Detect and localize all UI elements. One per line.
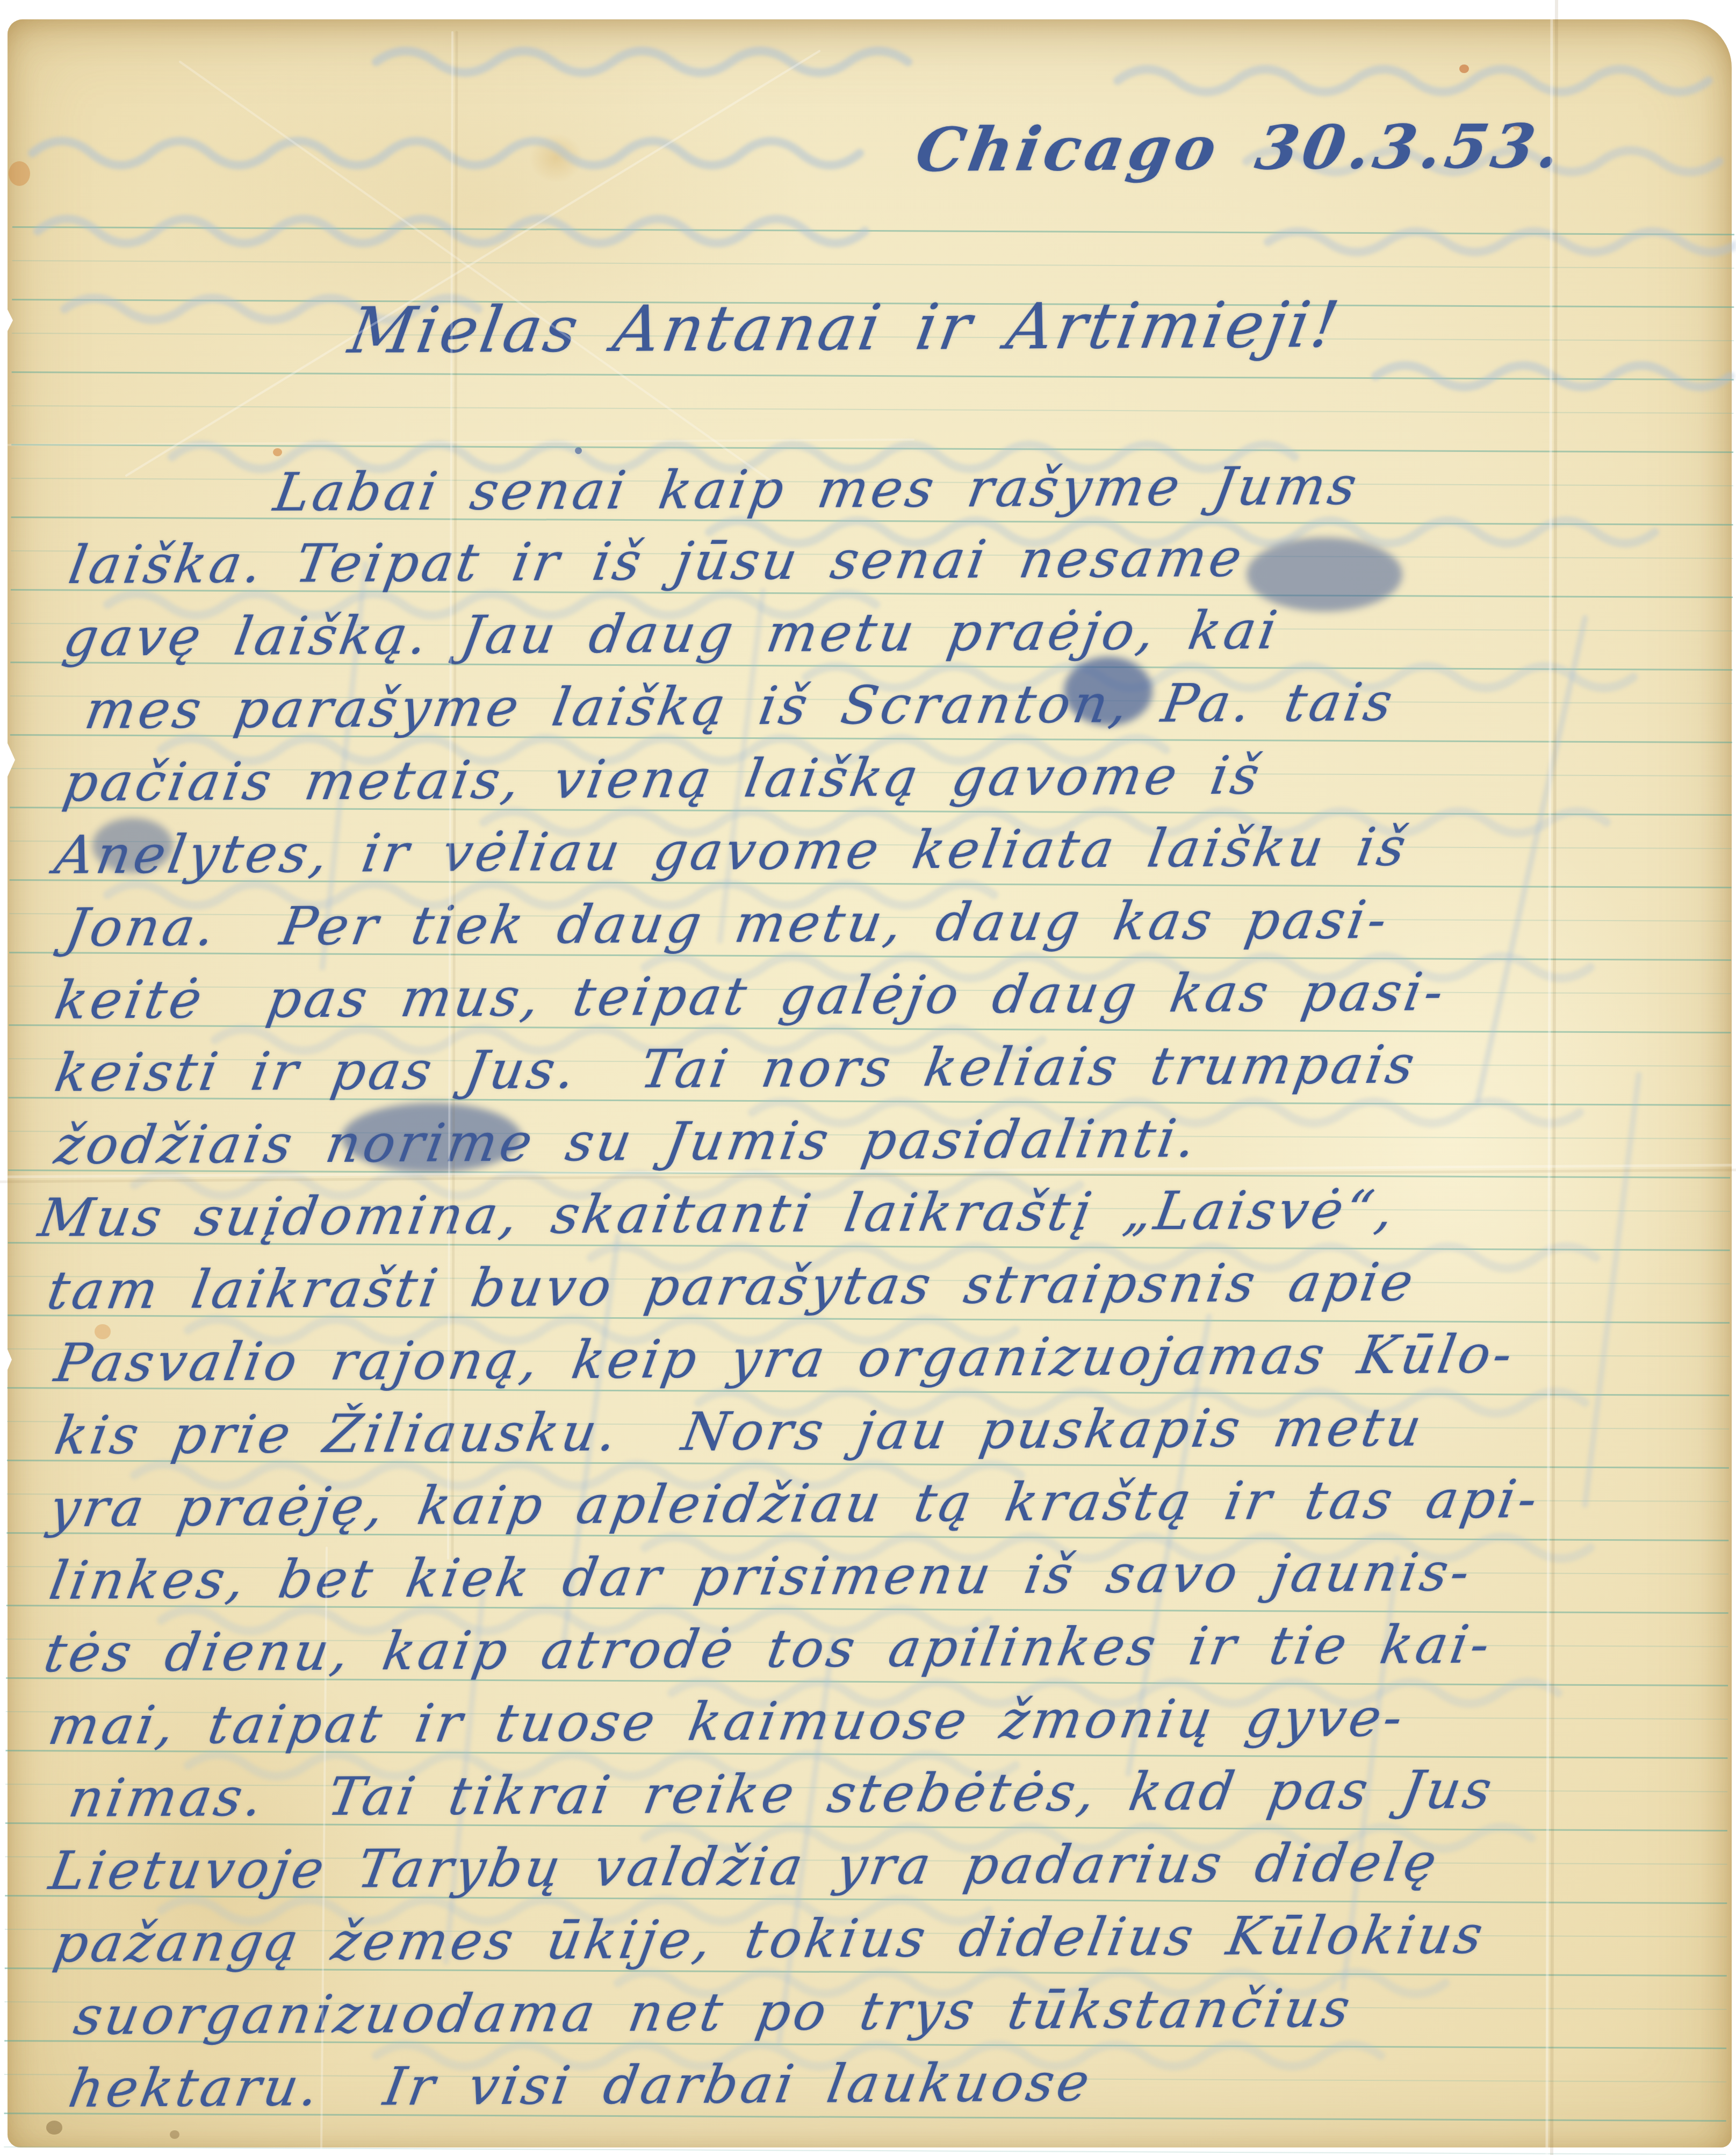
handwritten-line: Lietuvoje Tarybų valdžia yra padarius di…: [44, 1827, 1445, 1908]
handwritten-line: linkes, bet kiek dar prisimenu iš savo j…: [44, 1536, 1478, 1618]
handwritten-line: žodžiais norime su Jumis pasidalinti.: [49, 1103, 1204, 1182]
handwritten-line: Mus suįdomina, skaitanti laikraštį „Lais…: [33, 1174, 1402, 1255]
handwritten-line: tam laikrašti buvo parašytas straipsnis …: [42, 1246, 1422, 1327]
ruled-line-strong: [12, 371, 1734, 380]
handwritten-line: mai, taipat ir tuose kaimuose žmonių gyv…: [43, 1682, 1411, 1763]
ink-smudge: [92, 818, 173, 873]
handwritten-line: nimas. Tai tikrai reike stebėtės, kad pa…: [63, 1754, 1500, 1835]
ink-smudge: [1064, 657, 1152, 725]
dateline: Chicago 30.3.53.: [911, 110, 1570, 186]
handwritten-line: Jona. Per tiek daug metu, daug kas pasi-: [60, 884, 1395, 965]
handwritten-line: suorganizuodama net po trys tūkstančius: [69, 1972, 1358, 2053]
ink-smudge: [1247, 537, 1402, 612]
handwritten-line: Anelytes, ir vėliau gavome keliata laišk…: [49, 811, 1414, 892]
ruled-line-faint: [11, 405, 1733, 414]
handwritten-line: pačiais metais, vieną laišką gavome iš: [58, 739, 1268, 820]
handwritten-line: laiška. Teipat ir iš jūsu senai nesame: [63, 522, 1250, 602]
handwritten-line: pažangą žemes ūkije, tokius didelius Kūl…: [48, 1899, 1491, 1980]
handwritten-line: hektaru. Ir visi darbai laukuose: [63, 2046, 1098, 2125]
handwritten-line: kis prie Žiliausku. Nors jau puskapis me…: [49, 1391, 1430, 1472]
ruled-line-faint: [12, 260, 1734, 269]
ruled-line-strong: [12, 226, 1734, 235]
salutation: Mielas Antanai ir Artimieji!: [344, 289, 1346, 367]
handwritten-line: mes parašyme laišką iš Scranton, Pa. tai…: [80, 666, 1401, 747]
handwritten-line: yra praėję, kaip apleidžiau tą kraštą ir…: [44, 1463, 1546, 1545]
handwritten-line: Pasvalio rajoną, keip yra organizuojamas…: [49, 1318, 1521, 1400]
handwritten-line: tės dienu, kaip atrodė tos apilinkes ir …: [39, 1609, 1498, 1690]
ink-smudge: [342, 1103, 522, 1173]
handwritten-line: Labai senai kaip mes rašyme Jums: [269, 450, 1365, 529]
ruled-line-faint: [4, 2146, 1726, 2155]
handwritten-line: keitė pas mus, teipat galėjo daug kas pa…: [49, 956, 1452, 1037]
letter-scan: Chicago 30.3.53. Mielas Antanai ir Artim…: [0, 0, 1736, 2155]
handwritten-line: keisti ir pas Jus. Tai nors keliais trum…: [49, 1029, 1423, 1110]
ruled-line-strong: [11, 444, 1733, 453]
